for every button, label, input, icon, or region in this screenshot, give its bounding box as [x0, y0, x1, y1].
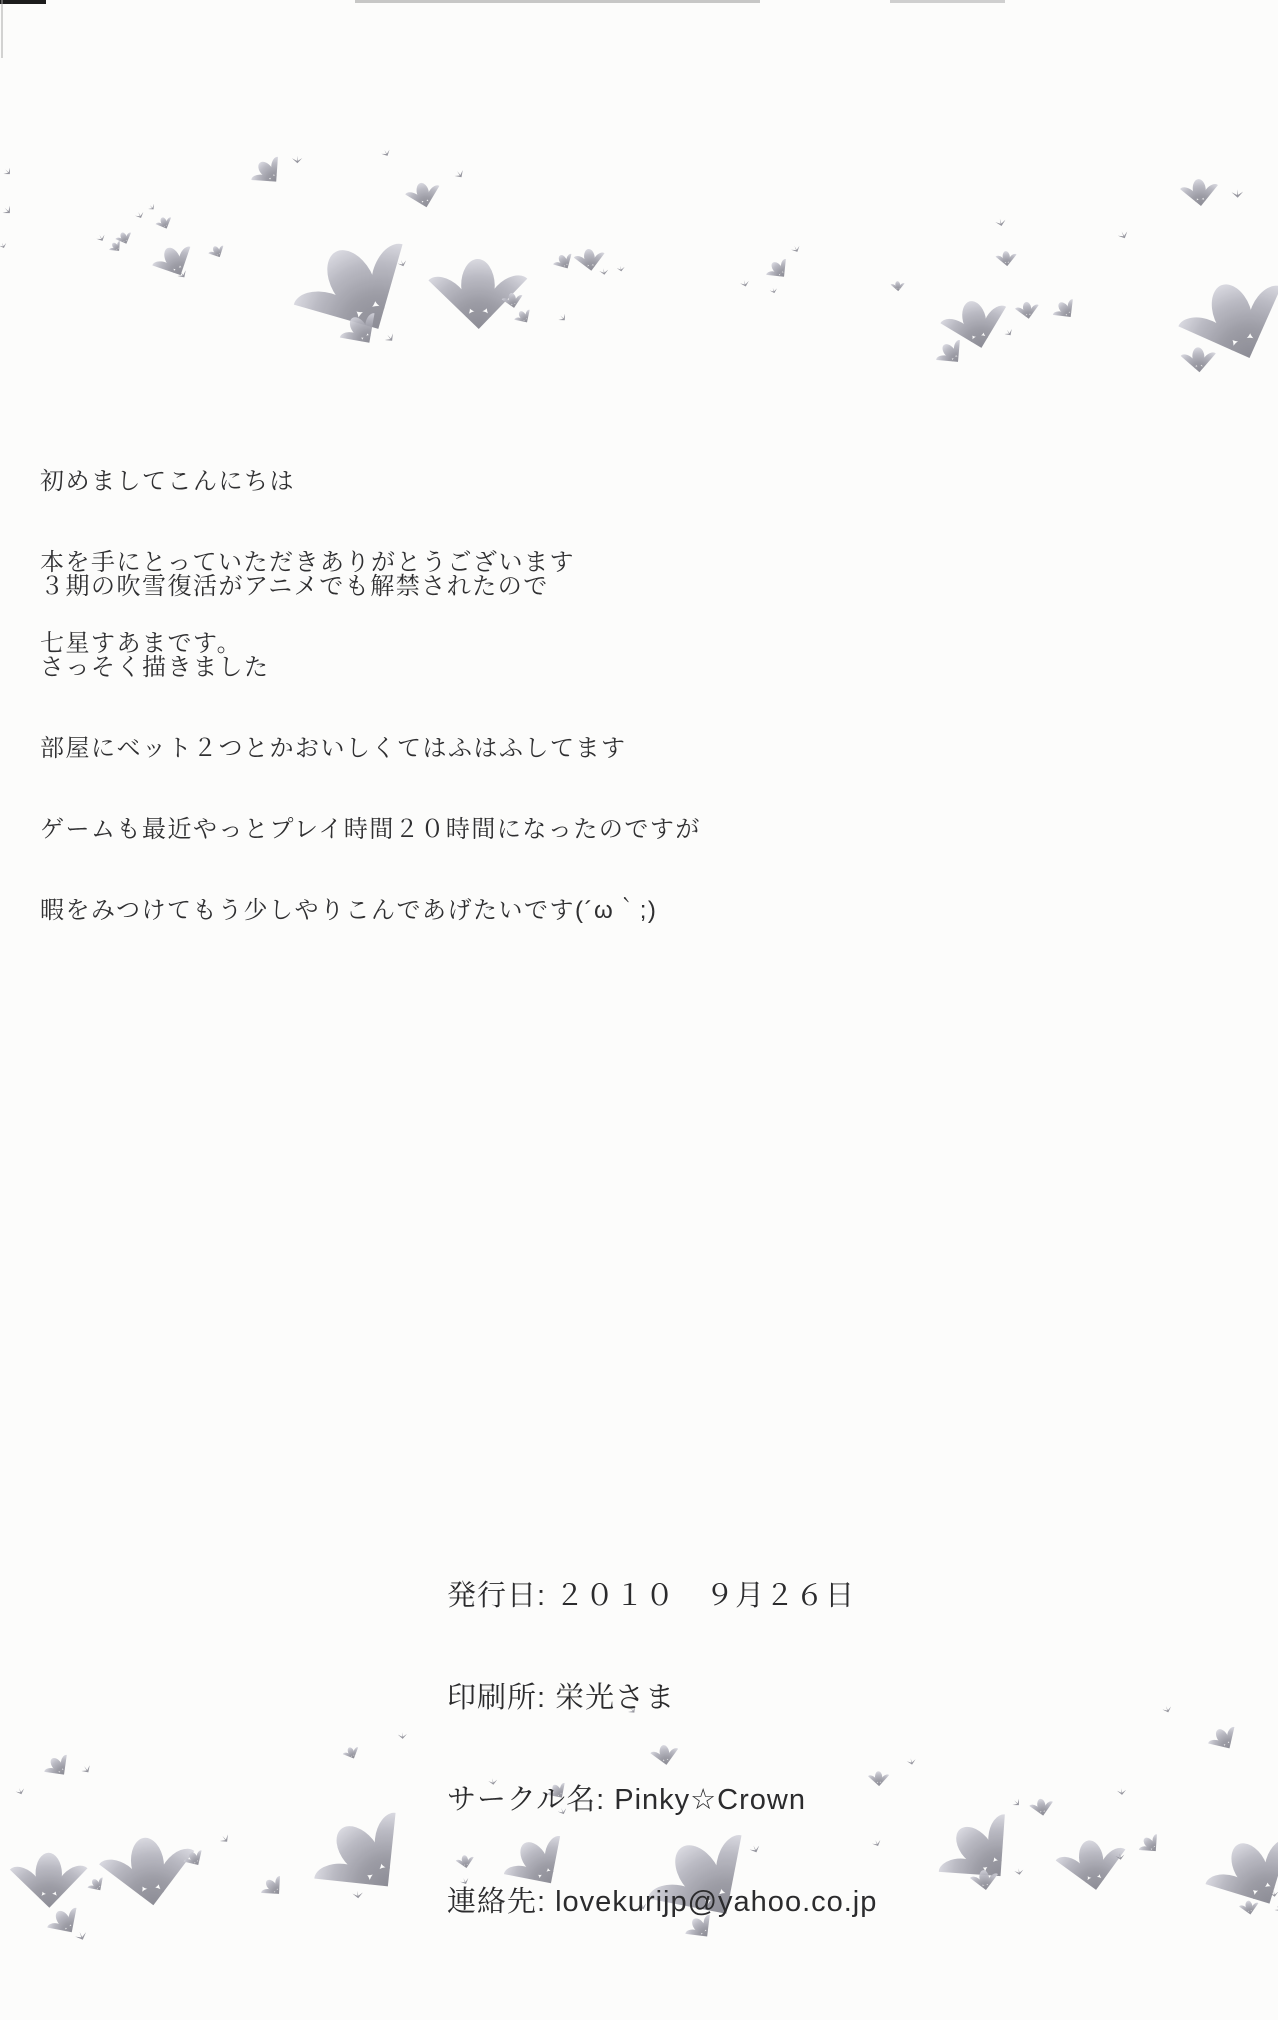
sparkle-icon — [997, 319, 1013, 335]
sparkle-icon — [1224, 172, 1249, 197]
flower-icon — [1107, 152, 1278, 358]
flower-icon — [1187, 1696, 1240, 1749]
sparkle-icon — [612, 255, 629, 272]
flower-icon — [883, 263, 911, 291]
colophon-printer: 印刷所: 栄光さま — [447, 1681, 877, 1715]
sparkle-icon — [446, 159, 465, 178]
scan-artifact-top-left — [0, 0, 46, 4]
scan-artifact-top-right — [890, 0, 1005, 3]
sparkle-icon — [142, 197, 155, 210]
flower-icon — [197, 227, 227, 257]
afterword-line-5: 暇をみつけてもう少しやりこんであげたいです(´ω｀;) — [40, 897, 701, 924]
flower-icon — [877, 1744, 1009, 1876]
flower-icon — [75, 1860, 105, 1890]
flower-icon — [984, 224, 1026, 266]
sparkle-icon — [211, 1824, 229, 1842]
flower-icon — [1122, 1815, 1158, 1851]
colophon: 発行日: ２０１０ ９月２６日 印刷所: 栄光さま サークル名: Pinky☆C… — [447, 1511, 877, 1987]
sparkle-icon — [89, 223, 107, 241]
sparkle-icon — [900, 1745, 919, 1764]
afterword-text: ３期の吹雪復活がアニメでも解禁されたので さっそく描きました 部屋にベット２つと… — [40, 519, 701, 978]
flower-icon — [748, 237, 788, 277]
sparkle-icon — [0, 232, 9, 248]
sparkle-icon — [73, 1754, 92, 1773]
sparkle-icon — [374, 138, 392, 156]
flower-icon — [1228, 1876, 1267, 1915]
sparkle-icon — [9, 1776, 28, 1795]
flower-icon — [144, 197, 175, 228]
sparkle-icon — [784, 234, 802, 252]
flower-icon — [489, 266, 531, 308]
colophon-publish-date: 発行日: ２０１０ ９月２６日 — [447, 1579, 877, 1613]
flower-icon — [169, 1829, 205, 1865]
flower-icon — [1015, 1768, 1062, 1815]
flower-icon — [124, 199, 200, 275]
sparkle-icon — [346, 1876, 369, 1899]
flower-icon — [23, 1874, 82, 1933]
sparkle-icon — [376, 323, 394, 341]
scan-artifact-top-mid — [355, 0, 760, 3]
sparkle-icon — [0, 160, 10, 174]
flower-icon — [1159, 130, 1235, 206]
flower-icon — [241, 1724, 404, 1887]
sparkle-icon — [1109, 1840, 1128, 1859]
sparkle-icon — [988, 204, 1010, 226]
afterword-line-1: ３期の吹雪復活がアニメでも解禁されたので — [40, 573, 701, 600]
scanned-page: 初めましてこんにちは 本を手にとっていただきありがとうございます 七星すあまです… — [0, 0, 1278, 2020]
flower-icon — [954, 1834, 1010, 1890]
flower-icon — [914, 314, 962, 362]
sparkle-icon — [66, 1916, 90, 1940]
flower-icon — [209, 111, 427, 329]
sparkle-icon — [733, 267, 752, 286]
sparkle-icon — [169, 259, 188, 278]
flower-icon — [104, 212, 135, 243]
sparkle-icon — [0, 197, 10, 213]
flower-icon — [310, 273, 380, 343]
colophon-circle-name: サークル名: Pinky☆Crown — [447, 1783, 877, 1817]
sparkle-icon — [1005, 1791, 1019, 1805]
flower-icon — [331, 1727, 362, 1758]
sparkle-icon — [392, 1719, 412, 1739]
flower-icon — [556, 209, 618, 271]
afterword-line-4: ゲームも最近やっとプレイ時間２０時間になったのですが — [40, 816, 701, 843]
colophon-contact-email: 連絡先: lovekurijp@yahoo.co.jp — [447, 1885, 877, 1919]
sparkle-icon — [286, 141, 309, 164]
flower-icon — [1162, 302, 1233, 373]
flower-icon — [378, 131, 576, 329]
flower-icon — [24, 1729, 69, 1774]
flower-icon — [539, 232, 576, 269]
greeting-line-1: 初めましてこんにちは — [40, 468, 575, 495]
afterword-line-2: さっそく描きました — [40, 654, 701, 681]
sparkle-icon — [1008, 1855, 1028, 1875]
sparkle-icon — [1267, 1895, 1278, 1911]
flower-icon — [1015, 1750, 1155, 1890]
flower-icon — [45, 1715, 235, 1905]
flower-icon — [1001, 271, 1048, 318]
flower-icon — [384, 139, 453, 208]
flower-icon — [0, 1752, 126, 1908]
sparkle-icon — [1111, 1775, 1131, 1795]
flower-icon — [1141, 1736, 1278, 1903]
scan-artifact-left-edge — [1, 0, 3, 58]
sparkle-icon — [764, 277, 780, 293]
flower-icon — [502, 292, 533, 323]
sparkle-icon — [128, 200, 146, 218]
flower-icon — [99, 229, 121, 251]
sparkle-icon — [1263, 1877, 1278, 1896]
sparkle-icon — [1156, 1694, 1175, 1713]
flower-icon — [226, 128, 279, 181]
sparkle-icon — [391, 248, 410, 267]
afterword-line-3: 部屋にベット２つとかおいしくてはふはふしてます — [40, 735, 701, 762]
sparkle-icon — [593, 255, 613, 275]
flower-icon — [243, 1856, 281, 1894]
flower-icon — [899, 216, 1031, 348]
flower-icon — [1035, 277, 1075, 317]
sparkle-icon — [1110, 218, 1131, 239]
sparkle-icon — [551, 306, 565, 320]
